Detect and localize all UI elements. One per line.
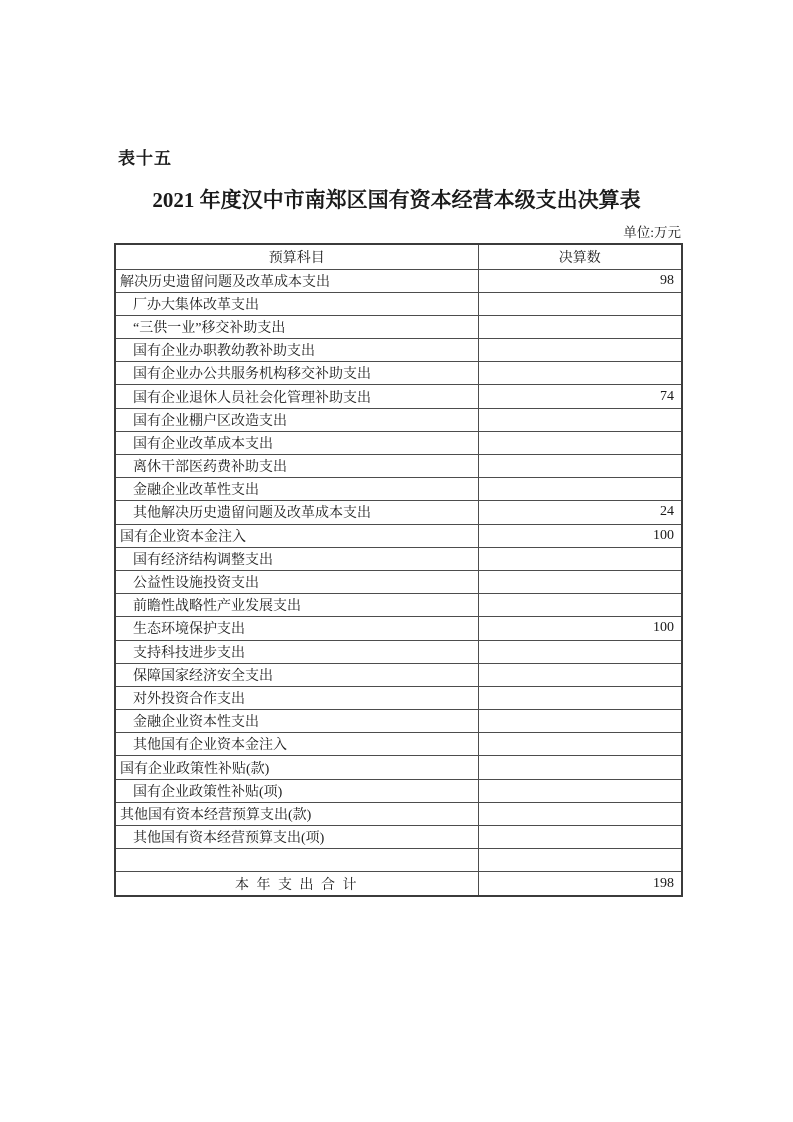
subject-cell: 国有企业退休人员社会化管理补助支出 — [115, 385, 478, 408]
value-cell — [478, 362, 682, 385]
value-cell — [478, 756, 682, 779]
value-cell — [478, 849, 682, 872]
value-cell — [478, 408, 682, 431]
value-cell — [478, 478, 682, 501]
subject-cell: 国有经济结构调整支出 — [115, 547, 478, 570]
table-footer: 本 年 支 出 合 计 198 — [115, 872, 682, 896]
header-row: 预算科目 决算数 — [115, 244, 682, 269]
value-cell — [478, 455, 682, 478]
subject-cell: 其他国有资本经营预算支出(项) — [115, 826, 478, 849]
table-row: 对外投资合作支出 — [115, 686, 682, 709]
table-row: 厂办大集体改革支出 — [115, 292, 682, 315]
table-header: 预算科目 决算数 — [115, 244, 682, 269]
table-row: 国有企业办公共服务机构移交补助支出 — [115, 362, 682, 385]
subject-cell: 国有企业棚户区改造支出 — [115, 408, 478, 431]
value-cell — [478, 686, 682, 709]
subject-cell: 国有企业政策性补贴(款) — [115, 756, 478, 779]
subject-cell: 国有企业办公共服务机构移交补助支出 — [115, 362, 478, 385]
value-cell: 100 — [478, 524, 682, 547]
table-row: 前瞻性战略性产业发展支出 — [115, 594, 682, 617]
value-cell — [478, 594, 682, 617]
table-row: 其他国有资本经营预算支出(款) — [115, 802, 682, 825]
subject-cell: 生态环境保护支出 — [115, 617, 478, 640]
subject-cell: 前瞻性战略性产业发展支出 — [115, 594, 478, 617]
value-cell: 24 — [478, 501, 682, 524]
value-cell — [478, 826, 682, 849]
subject-cell: 国有企业政策性补贴(项) — [115, 779, 478, 802]
total-row: 本 年 支 出 合 计 198 — [115, 872, 682, 896]
subject-cell: 其他国有企业资本金注入 — [115, 733, 478, 756]
column-header-value: 决算数 — [478, 244, 682, 269]
table-row: 公益性设施投资支出 — [115, 570, 682, 593]
value-cell — [478, 315, 682, 338]
subject-cell: 其他国有资本经营预算支出(款) — [115, 802, 478, 825]
table-row: 其他国有资本经营预算支出(项) — [115, 826, 682, 849]
table-row: 国有企业办职教幼教补助支出 — [115, 339, 682, 362]
value-cell: 98 — [478, 269, 682, 292]
unit-note: 单位:万元 — [623, 221, 681, 241]
column-header-subject: 预算科目 — [115, 244, 478, 269]
table-row: “三供一业”移交补助支出 — [115, 315, 682, 338]
table-row: 生态环境保护支出100 — [115, 617, 682, 640]
subject-cell: 公益性设施投资支出 — [115, 570, 478, 593]
subject-cell: 其他解决历史遗留问题及改革成本支出 — [115, 501, 478, 524]
table-row: 金融企业改革性支出 — [115, 478, 682, 501]
document-page: 表十五 2021 年度汉中市南郑区国有资本经营本级支出决算表 单位:万元 预算科… — [0, 0, 793, 1122]
value-cell — [478, 802, 682, 825]
table-row: 保障国家经济安全支出 — [115, 663, 682, 686]
subject-cell: 金融企业改革性支出 — [115, 478, 478, 501]
table-row: 解决历史遗留问题及改革成本支出98 — [115, 269, 682, 292]
value-cell — [478, 710, 682, 733]
value-cell — [478, 339, 682, 362]
subject-cell — [115, 849, 478, 872]
table-body: 解决历史遗留问题及改革成本支出98厂办大集体改革支出“三供一业”移交补助支出国有… — [115, 269, 682, 872]
table-row: 离休干部医药费补助支出 — [115, 455, 682, 478]
total-label-cell: 本 年 支 出 合 计 — [115, 872, 478, 896]
subject-cell: 金融企业资本性支出 — [115, 710, 478, 733]
budget-table: 预算科目 决算数 解决历史遗留问题及改革成本支出98厂办大集体改革支出“三供一业… — [114, 243, 683, 897]
subject-cell: “三供一业”移交补助支出 — [115, 315, 478, 338]
table-row: 金融企业资本性支出 — [115, 710, 682, 733]
table-number-label: 表十五 — [118, 144, 172, 169]
subject-cell: 解决历史遗留问题及改革成本支出 — [115, 269, 478, 292]
table-row: 国有企业退休人员社会化管理补助支出74 — [115, 385, 682, 408]
subject-cell: 国有企业办职教幼教补助支出 — [115, 339, 478, 362]
value-cell — [478, 292, 682, 315]
total-value-cell: 198 — [478, 872, 682, 896]
subject-cell: 厂办大集体改革支出 — [115, 292, 478, 315]
value-cell — [478, 733, 682, 756]
table-row: 国有企业改革成本支出 — [115, 431, 682, 454]
table-row: 支持科技进步支出 — [115, 640, 682, 663]
table-row: 国有企业资本金注入100 — [115, 524, 682, 547]
table-row: 国有经济结构调整支出 — [115, 547, 682, 570]
subject-cell: 支持科技进步支出 — [115, 640, 478, 663]
table-row: 国有企业政策性补贴(款) — [115, 756, 682, 779]
table-row: 国有企业政策性补贴(项) — [115, 779, 682, 802]
value-cell — [478, 547, 682, 570]
table-row — [115, 849, 682, 872]
value-cell — [478, 663, 682, 686]
subject-cell: 国有企业资本金注入 — [115, 524, 478, 547]
value-cell: 100 — [478, 617, 682, 640]
table-row: 国有企业棚户区改造支出 — [115, 408, 682, 431]
value-cell: 74 — [478, 385, 682, 408]
table-row: 其他国有企业资本金注入 — [115, 733, 682, 756]
value-cell — [478, 640, 682, 663]
subject-cell: 对外投资合作支出 — [115, 686, 478, 709]
subject-cell: 离休干部医药费补助支出 — [115, 455, 478, 478]
table-row: 其他解决历史遗留问题及改革成本支出24 — [115, 501, 682, 524]
subject-cell: 保障国家经济安全支出 — [115, 663, 478, 686]
subject-cell: 国有企业改革成本支出 — [115, 431, 478, 454]
value-cell — [478, 431, 682, 454]
value-cell — [478, 779, 682, 802]
page-title: 2021 年度汉中市南郑区国有资本经营本级支出决算表 — [0, 184, 793, 214]
value-cell — [478, 570, 682, 593]
